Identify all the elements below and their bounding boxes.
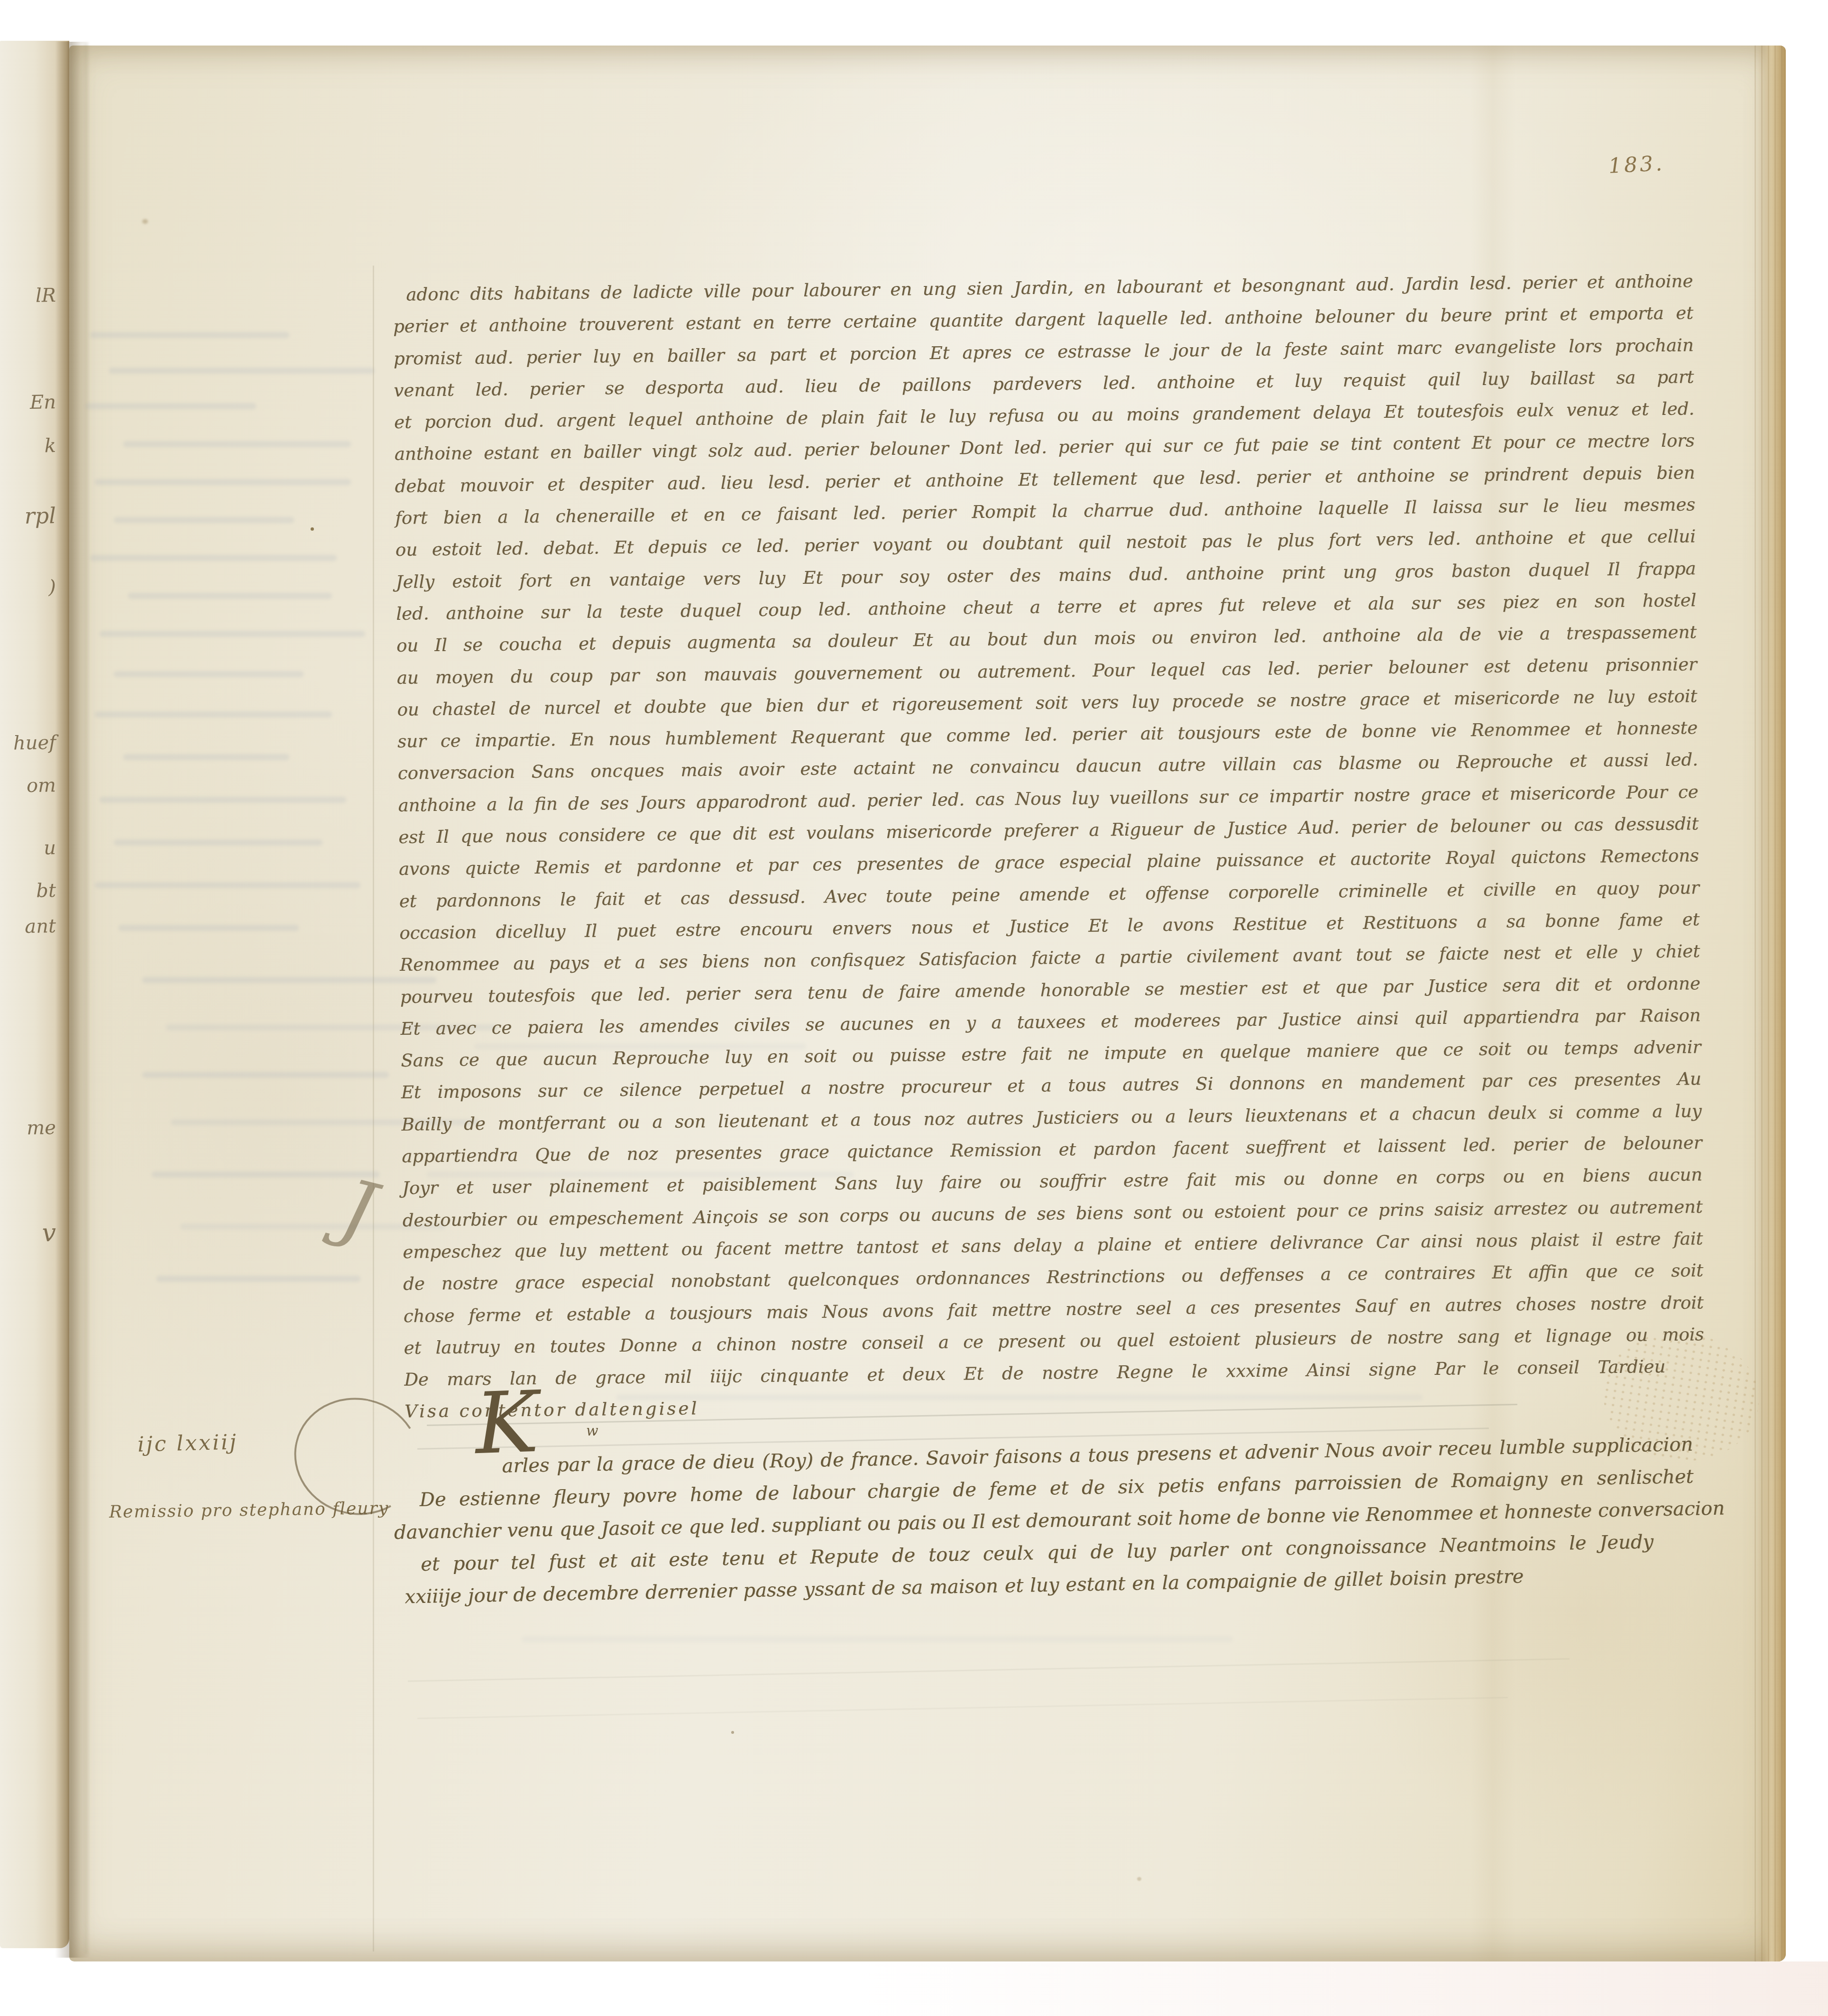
show-through-mark xyxy=(90,555,337,561)
manuscript-scan: lR En k rpl ) huef om u bt ant me v xyxy=(0,0,1828,2016)
gutter-shadow xyxy=(55,42,90,1958)
show-through-mark xyxy=(100,797,346,803)
main-text-block: adonc dits habitans de ladicte ville pou… xyxy=(393,265,1705,1427)
facing-fragment: En xyxy=(0,391,56,414)
show-through-mark xyxy=(85,403,256,409)
show-through-mark xyxy=(114,517,294,523)
show-through-mark xyxy=(522,1636,1233,1642)
facing-fragment: lR xyxy=(0,285,56,307)
stain-spot xyxy=(1137,1877,1141,1881)
scan-background-tint xyxy=(854,1961,1828,2016)
show-through-mark xyxy=(156,1276,360,1282)
facing-fragment: me xyxy=(0,1117,56,1140)
facing-fragment: ) xyxy=(0,576,56,599)
facing-fragment: ant xyxy=(0,915,56,938)
paraph-mark: w xyxy=(586,1423,598,1439)
facing-fragment: bt xyxy=(0,880,56,902)
show-through-mark xyxy=(95,882,360,888)
show-through-mark xyxy=(142,977,436,983)
entry-number-note: ijc lxxiij xyxy=(137,1430,238,1457)
facing-fragment: om xyxy=(0,774,56,797)
facing-fragment: v xyxy=(0,1219,56,1248)
stain-spot xyxy=(311,527,314,531)
folio-number: 183. xyxy=(1608,151,1665,178)
page-edge-band xyxy=(1755,46,1786,1961)
stain-spot xyxy=(142,219,148,224)
facing-fragment: huef xyxy=(0,732,56,755)
show-through-mark xyxy=(142,1072,389,1078)
facing-fragment: rpl xyxy=(0,503,56,529)
show-through-mark xyxy=(95,479,351,485)
show-through-mark xyxy=(119,925,299,931)
stain-spot xyxy=(731,1731,734,1734)
show-through-mark xyxy=(114,839,322,846)
show-through-mark xyxy=(95,711,332,718)
show-through-mark xyxy=(90,332,289,338)
show-through-mark xyxy=(109,368,375,374)
show-through-mark xyxy=(128,593,332,599)
show-through-mark xyxy=(114,671,303,677)
show-through-mark xyxy=(123,754,289,760)
margin-ruling-vertical xyxy=(373,266,374,1952)
facing-fragment: k xyxy=(0,435,56,458)
second-entry-block: arles par la grace de dieu (Roy) de fran… xyxy=(393,1428,1696,1613)
show-through-mark xyxy=(152,1171,379,1178)
facing-fragment: u xyxy=(0,837,56,860)
show-through-mark xyxy=(100,631,365,637)
show-through-mark xyxy=(123,441,351,447)
